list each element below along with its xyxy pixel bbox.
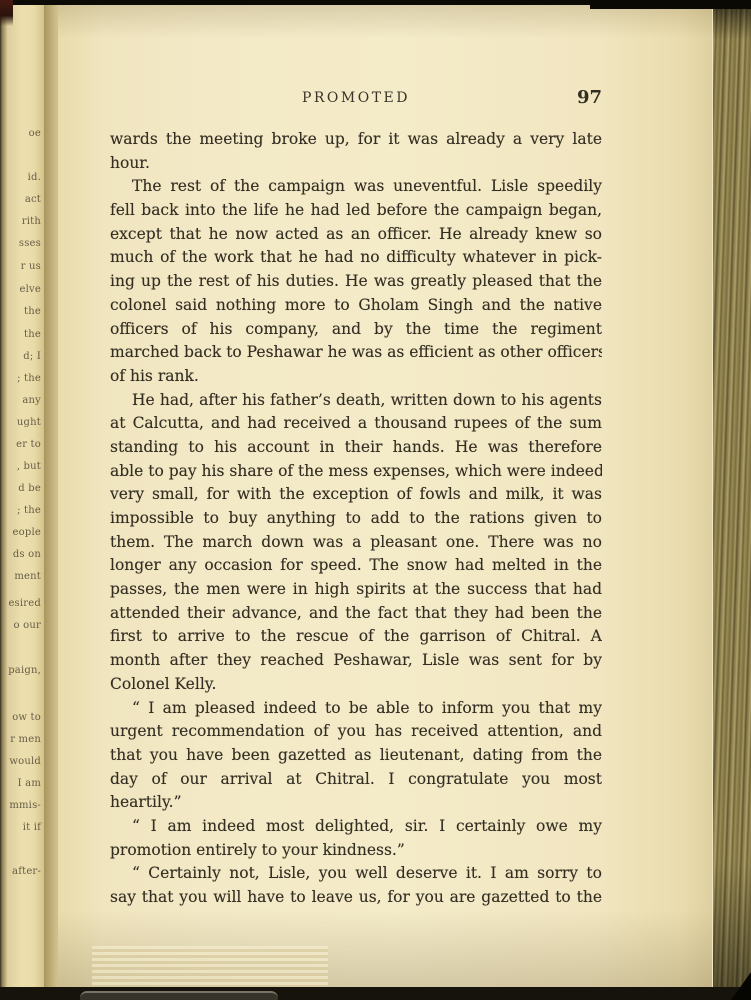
bottom-page-edges bbox=[92, 946, 328, 988]
text-line: attended their advance, and the fact tha… bbox=[110, 602, 602, 626]
text-line: ing up the rest of his duties. He was gr… bbox=[110, 270, 602, 294]
top-edge-shadow-right bbox=[590, 0, 751, 9]
text-line: “ I am indeed most delighted, sir. I cer… bbox=[110, 815, 602, 839]
page-text: wards the meeting broke up, for it was a… bbox=[110, 128, 602, 910]
text-line: colonel said nothing more to Gholam Sing… bbox=[110, 294, 602, 318]
edge-text-fragment: o our bbox=[14, 620, 41, 631]
edge-text-fragment: elve bbox=[20, 284, 41, 295]
edge-text-fragment: ; the bbox=[17, 373, 41, 384]
text-line: of his rank. bbox=[110, 365, 602, 389]
fore-edge bbox=[712, 0, 751, 1000]
text-line: day of our arrival at Chitral. I congrat… bbox=[110, 768, 602, 792]
edge-text-fragment: er to bbox=[16, 439, 41, 450]
edge-text-fragment: , but bbox=[17, 461, 41, 472]
text-line: say that you will have to leave us, for … bbox=[110, 886, 602, 910]
running-title: PROMOTED bbox=[110, 90, 602, 106]
text-line: standing to his account in their hands. … bbox=[110, 436, 602, 460]
page-header: PROMOTED 97 bbox=[110, 90, 602, 112]
edge-text-fragment: act bbox=[25, 194, 41, 205]
text-line: passes, the men were in high spirits at … bbox=[110, 578, 602, 602]
text-line: first to arrive to the rescue of the gar… bbox=[110, 625, 602, 649]
text-line: promotion entirely to your kindness.” bbox=[110, 839, 602, 863]
text-line: fell back into the life he had led befor… bbox=[110, 199, 602, 223]
edge-text-fragment: would bbox=[9, 756, 41, 767]
edge-text-fragment: ment bbox=[14, 571, 41, 582]
edge-text-fragment: rith bbox=[22, 216, 41, 227]
text-line: “ Certainly not, Lisle, you well deserve… bbox=[110, 862, 602, 886]
edge-text-fragment: sses bbox=[19, 238, 41, 249]
top-left-binding-mark bbox=[0, 0, 13, 26]
edge-text-fragment: the bbox=[24, 306, 41, 317]
text-line: them. The march down was a pleasant one.… bbox=[110, 531, 602, 555]
edge-text-fragment: after- bbox=[12, 866, 41, 877]
text-line: officers of his company, and by the time… bbox=[110, 318, 602, 342]
edge-text-fragment: d be bbox=[18, 483, 41, 494]
edge-text-fragment: ds on bbox=[13, 549, 41, 560]
text-line: Colonel Kelly. bbox=[110, 673, 602, 697]
edge-text-fragment: r us bbox=[21, 261, 41, 272]
text-line: urgent recommendation of you has receive… bbox=[110, 720, 602, 744]
text-line: except that he now acted as an officer. … bbox=[110, 223, 602, 247]
facing-page-edge: oeid.actrithssesr uselvethethed; I; thea… bbox=[0, 0, 48, 993]
text-line: longer any occasion for speed. The snow … bbox=[110, 554, 602, 578]
text-line: “ I am pleased indeed to be able to info… bbox=[110, 697, 602, 721]
cover-bottom-edge bbox=[80, 991, 278, 1000]
text-line: that you have been gazetted as lieutenan… bbox=[110, 744, 602, 768]
text-line: heartily.” bbox=[110, 791, 602, 815]
text-line: The rest of the campaign was uneventful.… bbox=[110, 175, 602, 199]
edge-text-fragment: mmis- bbox=[9, 800, 41, 811]
edge-text-fragment: d; I bbox=[23, 351, 41, 362]
text-line: He had, after his father’s death, writte… bbox=[110, 389, 602, 413]
edge-text-fragment: r men bbox=[10, 734, 41, 745]
text-line: much of the work that he had no difficul… bbox=[110, 246, 602, 270]
edge-text-fragment: any bbox=[22, 395, 41, 406]
edge-text-fragment: esired bbox=[8, 598, 41, 609]
edge-text-fragment: ; the bbox=[17, 505, 41, 516]
edge-text-fragment: ught bbox=[17, 417, 41, 428]
text-line: at Calcutta, and had received a thousand… bbox=[110, 412, 602, 436]
edge-text-fragment: eople bbox=[13, 527, 41, 538]
edge-text-fragment: ow to bbox=[12, 712, 41, 723]
text-line: very small, for with the exception of fo… bbox=[110, 483, 602, 507]
edge-text-fragment: I am bbox=[18, 778, 41, 789]
text-line: able to pay his share of the mess expens… bbox=[110, 460, 602, 484]
page-number: 97 bbox=[577, 87, 602, 108]
text-line: wards the meeting broke up, for it was a… bbox=[110, 128, 602, 152]
text-line: impossible to buy anything to add to the… bbox=[110, 507, 602, 531]
text-line: hour. bbox=[110, 152, 602, 176]
text-line: marched back to Peshawar he was as effic… bbox=[110, 341, 602, 365]
edge-text-fragment: id. bbox=[28, 172, 41, 183]
edge-text-fragment: paign, bbox=[8, 665, 41, 676]
text-line: month after they reached Peshawar, Lisle… bbox=[110, 649, 602, 673]
book-scan: oeid.actrithssesr uselvethethed; I; thea… bbox=[0, 0, 751, 1000]
edge-text-fragment: oe bbox=[29, 128, 41, 139]
edge-text-fragment: it if bbox=[23, 822, 41, 833]
edge-text-fragment: the bbox=[24, 329, 41, 340]
book-page: PROMOTED 97 wards the meeting broke up, … bbox=[58, 4, 714, 988]
